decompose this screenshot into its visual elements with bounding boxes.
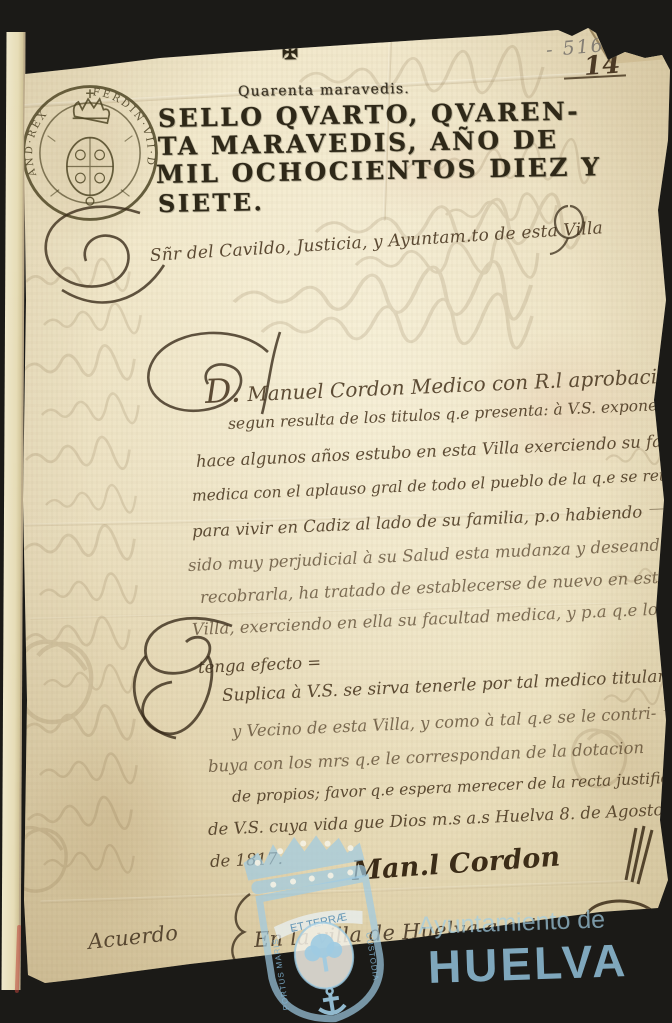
anchor-emblem — [316, 986, 346, 1015]
huelva-coat-of-arms-watermark: ET TERRÆ PORTUS MARIS CUSTODIA — [234, 824, 404, 1023]
watermark-city-line: HUELVA — [427, 933, 629, 994]
previous-page-edge — [1, 32, 25, 990]
scanned-document-photo: AND·REX FERDIN·VII·D - 516 - 14 ✠ Quaren… — [0, 0, 672, 1023]
